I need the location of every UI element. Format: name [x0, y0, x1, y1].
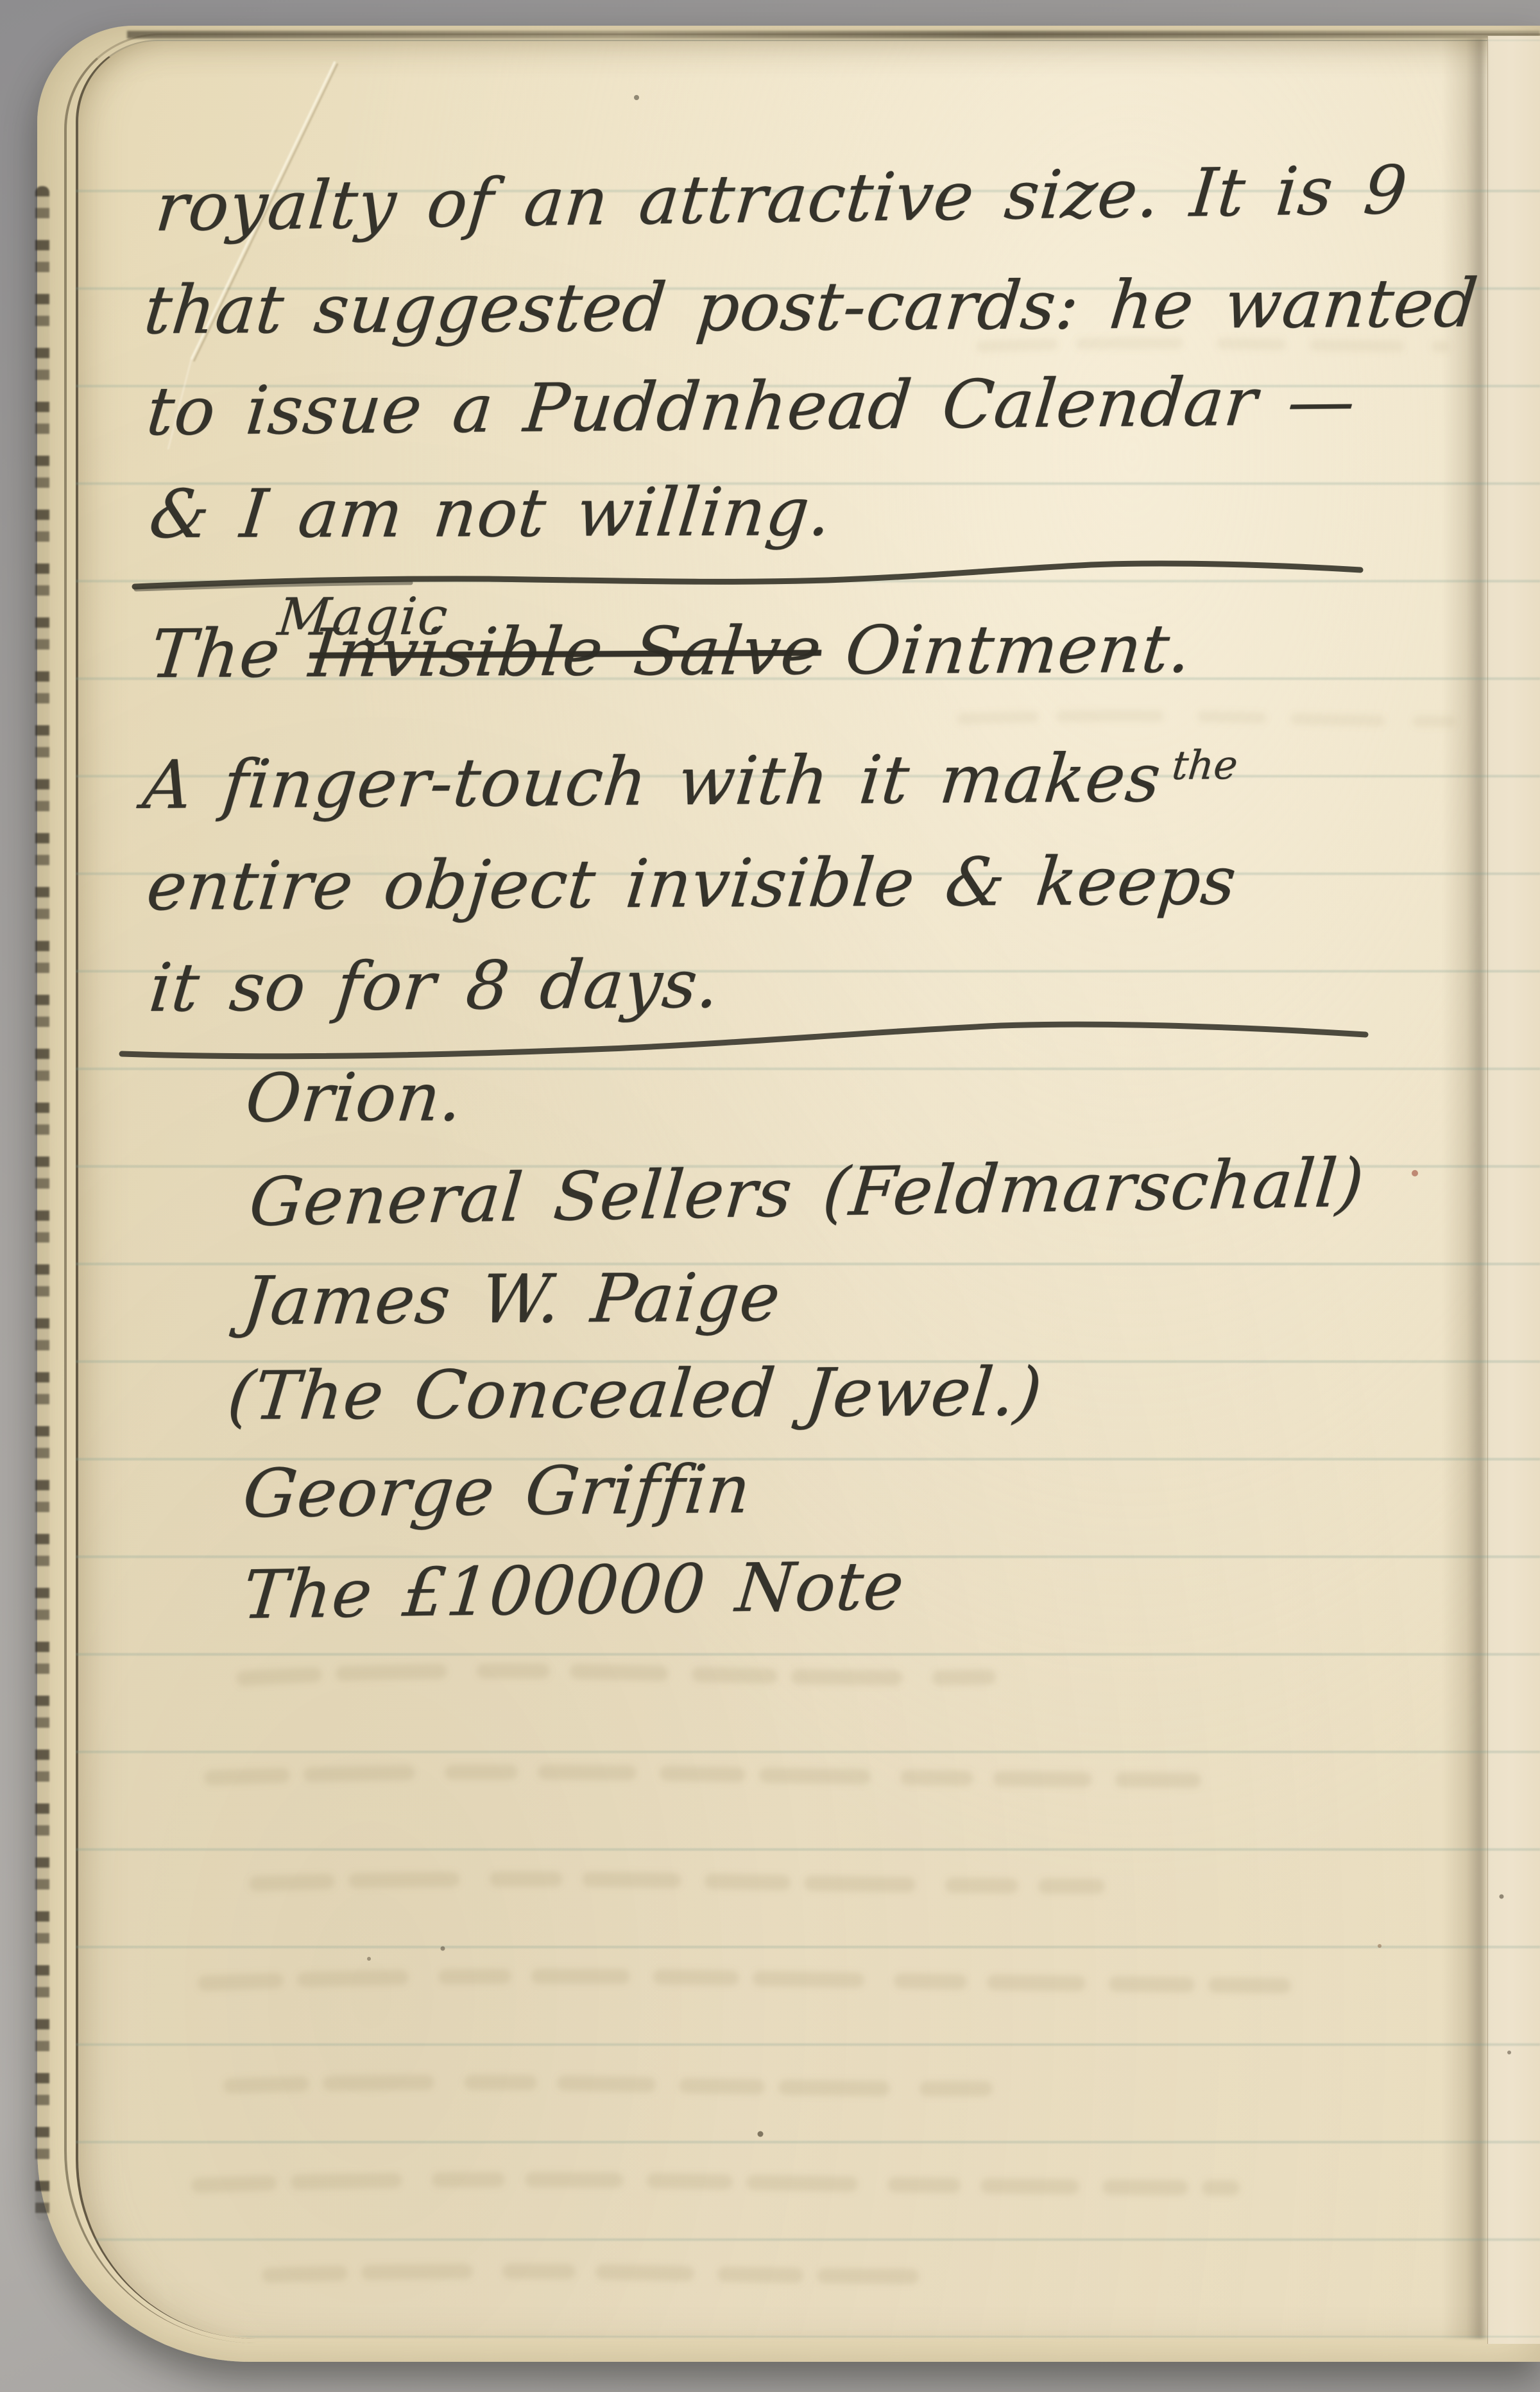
word-ointment: Ointment.	[842, 610, 1195, 690]
line-ointment-4-underlined: it so for 8 days.	[146, 945, 724, 1027]
line-royalty-4: & I am not willing.	[146, 472, 835, 553]
list-item-george-griffin-text: George Griffin	[240, 1450, 755, 1533]
list-item-orion-text: Orion.	[243, 1058, 466, 1137]
line-ointment-4-text: it so for 8 days.	[146, 945, 724, 1027]
list-item-banknote: The £100000 Note	[240, 1547, 908, 1634]
line-ointment-2: A finger-touch with it makesthe	[140, 738, 1240, 824]
list-item-concealed-jewel-text: (The Concealed Jewel.)	[225, 1352, 1047, 1435]
notebook-photo: royalty of an attractive size. It is 9 t…	[0, 0, 1540, 2392]
line-ointment-3: entire object invisible & keeps	[144, 841, 1240, 925]
line-ointment-2-text: A finger-touch with it makes	[140, 739, 1165, 824]
list-item-george-griffin: George Griffin	[240, 1450, 755, 1533]
inserted-word-magic: Magic	[275, 587, 452, 647]
next-page-edge	[1487, 36, 1540, 2344]
list-item-james-paige-text: James W. Paige	[240, 1258, 784, 1340]
list-item-concealed-jewel: (The Concealed Jewel.)	[225, 1352, 1047, 1435]
line-ointment-title: TheMagicInvisible SalveOintment.	[148, 610, 1195, 693]
word-the: The	[148, 614, 284, 693]
line-royalty-4-text: & I am not willing.	[146, 472, 835, 553]
right-crease-shade	[1442, 39, 1490, 2339]
small-word-the: the	[1170, 741, 1240, 789]
line-royalty-3: to issue a Puddnhead Calendar —	[144, 362, 1360, 451]
line-royalty-2: that suggested post-cards: he wanted	[141, 264, 1482, 349]
list-item-orion: Orion.	[243, 1058, 466, 1137]
list-item-james-paige: James W. Paige	[240, 1258, 784, 1340]
list-item-banknote-text: The £100000 Note	[240, 1547, 908, 1634]
line-royalty-3-text: to issue a Puddnhead Calendar —	[144, 362, 1360, 451]
line-royalty-2-text: that suggested post-cards: he wanted	[141, 264, 1482, 349]
line-ointment-3-text: entire object invisible & keeps	[144, 841, 1240, 925]
